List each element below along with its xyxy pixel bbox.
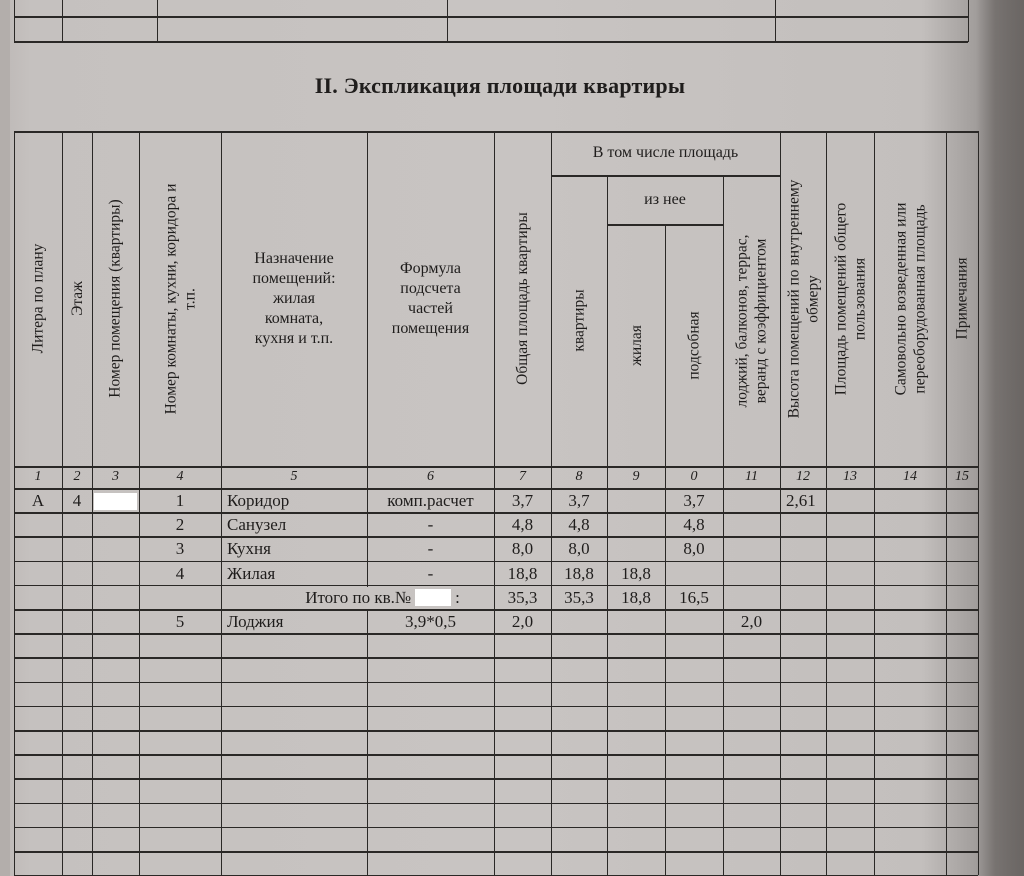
column-number: 8: [551, 466, 607, 488]
column-number: 6: [367, 466, 494, 488]
cell-total: 4,8: [494, 513, 551, 537]
total-label-prefix: Итого по кв.№: [305, 588, 411, 608]
fragment-rule: [775, 0, 776, 42]
column-number: 4: [139, 466, 221, 488]
column-number: 11: [723, 466, 780, 488]
header-litera: Литера по плану: [14, 131, 62, 466]
cell-auxiliary: 8,0: [665, 537, 723, 561]
column-number: 15: [946, 466, 978, 488]
header-notes: Примечания: [946, 131, 978, 466]
row-rule: [14, 730, 978, 732]
cell-formula: -: [367, 537, 494, 561]
column-number: 9: [607, 466, 665, 488]
header-apartment-area: квартиры: [551, 175, 607, 466]
cell-living: 18,8: [607, 586, 665, 610]
cell-purpose: Жилая: [221, 562, 367, 586]
cell-apartment: 8,0: [551, 537, 607, 561]
header-living: жилая: [607, 224, 665, 466]
header-apartment-number: Номер помещения (квартиры): [92, 131, 139, 466]
redacted-apartment-number: [94, 493, 137, 510]
redacted-apartment-number: [415, 589, 451, 606]
fragment-rule: [968, 0, 969, 42]
cell-total: 2,0: [494, 610, 551, 634]
row-rule: [14, 657, 978, 659]
cell-formula: -: [367, 562, 494, 586]
fragment-rule: [14, 0, 15, 42]
header-floor: Этаж: [62, 131, 92, 466]
cell-formula: комп.расчет: [367, 489, 494, 513]
column-number: 14: [874, 466, 946, 488]
header-of-it: из нее: [607, 175, 723, 224]
page-right-shadow: [976, 0, 1024, 876]
cell-auxiliary: 4,8: [665, 513, 723, 537]
row-rule: [14, 778, 978, 780]
cell-total: 18,8: [494, 562, 551, 586]
cell-room_no: 1: [139, 489, 221, 513]
total-label-suffix: :: [455, 588, 460, 608]
cell-purpose: Коридор: [221, 489, 367, 513]
fragment-rule: [62, 0, 63, 42]
header-including-area: В том числе площадь: [551, 131, 780, 175]
column-number: 3: [92, 466, 139, 488]
fragment-rule: [157, 0, 158, 42]
cell-room_no: 4: [139, 562, 221, 586]
header-total-area: Общая площадь квартиры: [494, 131, 551, 466]
cell-room_no: 5: [139, 610, 221, 634]
cell-auxiliary: 16,5: [665, 586, 723, 610]
cell-floor: 4: [62, 489, 92, 513]
total-label: Итого по кв.№:: [221, 586, 494, 610]
row-rule: [14, 754, 978, 756]
cell-formula: -: [367, 513, 494, 537]
cell-total: 35,3: [494, 586, 551, 610]
header-height: Высота помещений по внутреннемуобмеру: [780, 131, 826, 466]
fragment-rule: [447, 0, 448, 42]
cell-apartment: 35,3: [551, 586, 607, 610]
cell-purpose: Санузел: [221, 513, 367, 537]
page-left-edge: [0, 0, 10, 876]
row-rule: [14, 803, 978, 805]
cell-apartment: 3,7: [551, 489, 607, 513]
header-formula: Формулаподсчетачастейпомещения: [367, 131, 494, 466]
header-unauthorized-area: Самовольно возведенная илипереоборудован…: [874, 131, 946, 466]
row-rule: [14, 827, 978, 829]
cell-formula: 3,9*0,5: [367, 610, 494, 634]
cell-room_no: 3: [139, 537, 221, 561]
row-rule: [14, 851, 978, 853]
column-number: 2: [62, 466, 92, 488]
header-loggia: лоджий, балконов, террас,веранд с коэффи…: [723, 175, 780, 466]
column-number: 7: [494, 466, 551, 488]
cell-apartment: 4,8: [551, 513, 607, 537]
header-purpose: Назначениепомещений:жилаякомната,кухня и…: [221, 131, 367, 466]
cell-apartment: 18,8: [551, 562, 607, 586]
column-number: 0: [665, 466, 723, 488]
column-number: 13: [826, 466, 874, 488]
header-common-area: Площадь помещений общегопользования: [826, 131, 874, 466]
section-title: II. Экспликация площади квартиры: [0, 73, 1000, 99]
cell-loggia: 2,0: [723, 610, 780, 634]
header-room-number: Номер комнаты, кухни, коридора ит.п.: [139, 131, 221, 466]
cell-purpose: Лоджия: [221, 610, 367, 634]
column-number: 12: [780, 466, 826, 488]
cell-litera: А: [14, 489, 62, 513]
header-auxiliary: подсобная: [665, 224, 723, 466]
cell-total: 8,0: [494, 537, 551, 561]
cell-living: 18,8: [607, 562, 665, 586]
cell-height: 2,61: [780, 489, 826, 513]
row-rule: [14, 682, 978, 684]
cell-purpose: Кухня: [221, 537, 367, 561]
cell-total: 3,7: [494, 489, 551, 513]
column-number: 5: [221, 466, 367, 488]
cell-room_no: 2: [139, 513, 221, 537]
column-number: 1: [14, 466, 62, 488]
row-rule: [14, 706, 978, 708]
column-rule: [978, 131, 979, 875]
cell-auxiliary: 3,7: [665, 489, 723, 513]
